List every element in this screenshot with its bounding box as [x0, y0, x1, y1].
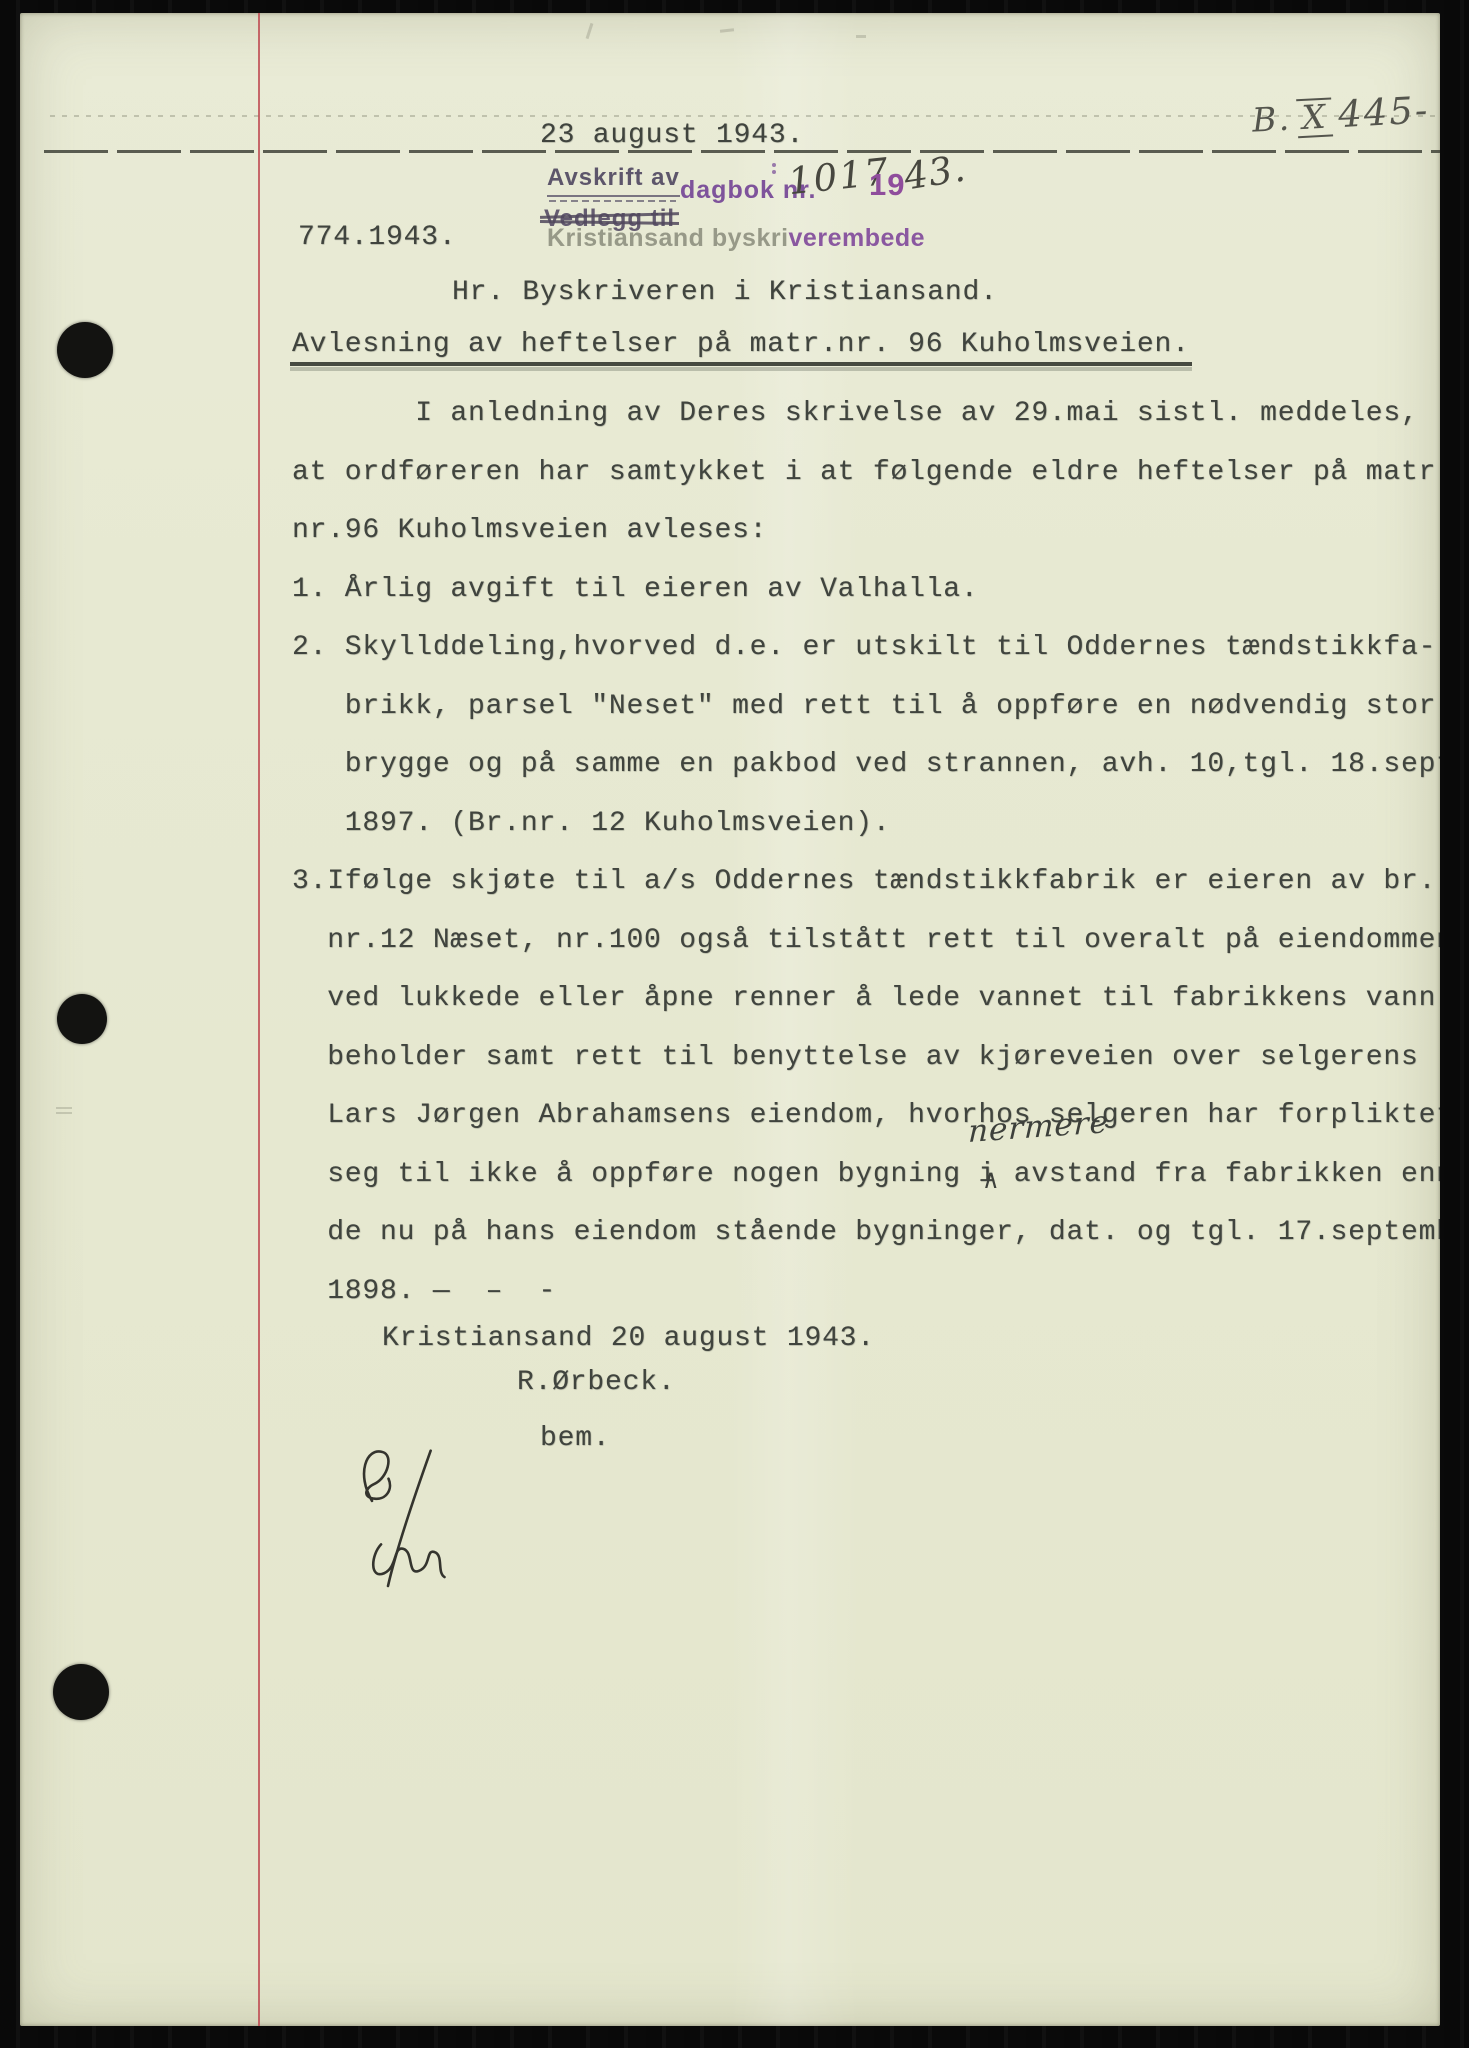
- punch-hole: [57, 994, 107, 1044]
- stamp-avskrift-av: Avskrift av: [547, 164, 680, 197]
- stamp-office-faded: Kristiansand byskri: [547, 224, 789, 252]
- letter-body: I anledning av Deres skrivelse av 29.mai…: [292, 385, 1440, 1321]
- stamp-office-clear: verembede: [789, 224, 926, 252]
- archive-reference-handwritten: B.X445-: [1251, 88, 1430, 140]
- document-page: B.X445- 23 august 1943. Avskrift av Vedl…: [20, 13, 1440, 2026]
- case-reference: 774.1943.: [298, 222, 456, 253]
- punch-hole: [53, 1664, 109, 1720]
- subject-underline: [290, 362, 1192, 366]
- pencil-mark: [856, 35, 866, 38]
- archive-ref-prefix: B.: [1251, 99, 1292, 140]
- scan-background: { "colors": { "paper": "#e7e9d2", "ink":…: [0, 0, 1469, 2048]
- insertion-caret: ∧: [982, 1164, 1000, 1195]
- stamp-office-name: Kristiansand byskriverembede: [547, 224, 925, 253]
- signature-scribble: [343, 1437, 458, 1592]
- closing-signature: R.Ørbeck.: [517, 1367, 675, 1398]
- stamp-ink-dots: [772, 163, 776, 167]
- margin-line: [258, 13, 260, 2026]
- salutation: Hr. Byskriveren i Kristiansand.: [452, 277, 998, 308]
- archive-ref-roman: X: [1296, 97, 1333, 137]
- pencil-mark: [586, 23, 594, 39]
- archive-ref-number: 445-: [1337, 88, 1430, 136]
- stamp-year-19: 19: [869, 167, 905, 203]
- punch-hole: [57, 322, 113, 378]
- closing-capacity: bem.: [540, 1423, 610, 1454]
- year-handwritten: 43.: [901, 146, 969, 198]
- typed-date: 23 august 1943.: [540, 120, 804, 151]
- pencil-mark: [56, 1107, 72, 1109]
- subject-heading: Avlesning av heftelser på matr.nr. 96 Ku…: [292, 329, 1190, 360]
- closing-place-date: Kristiansand 20 august 1943.: [382, 1323, 875, 1354]
